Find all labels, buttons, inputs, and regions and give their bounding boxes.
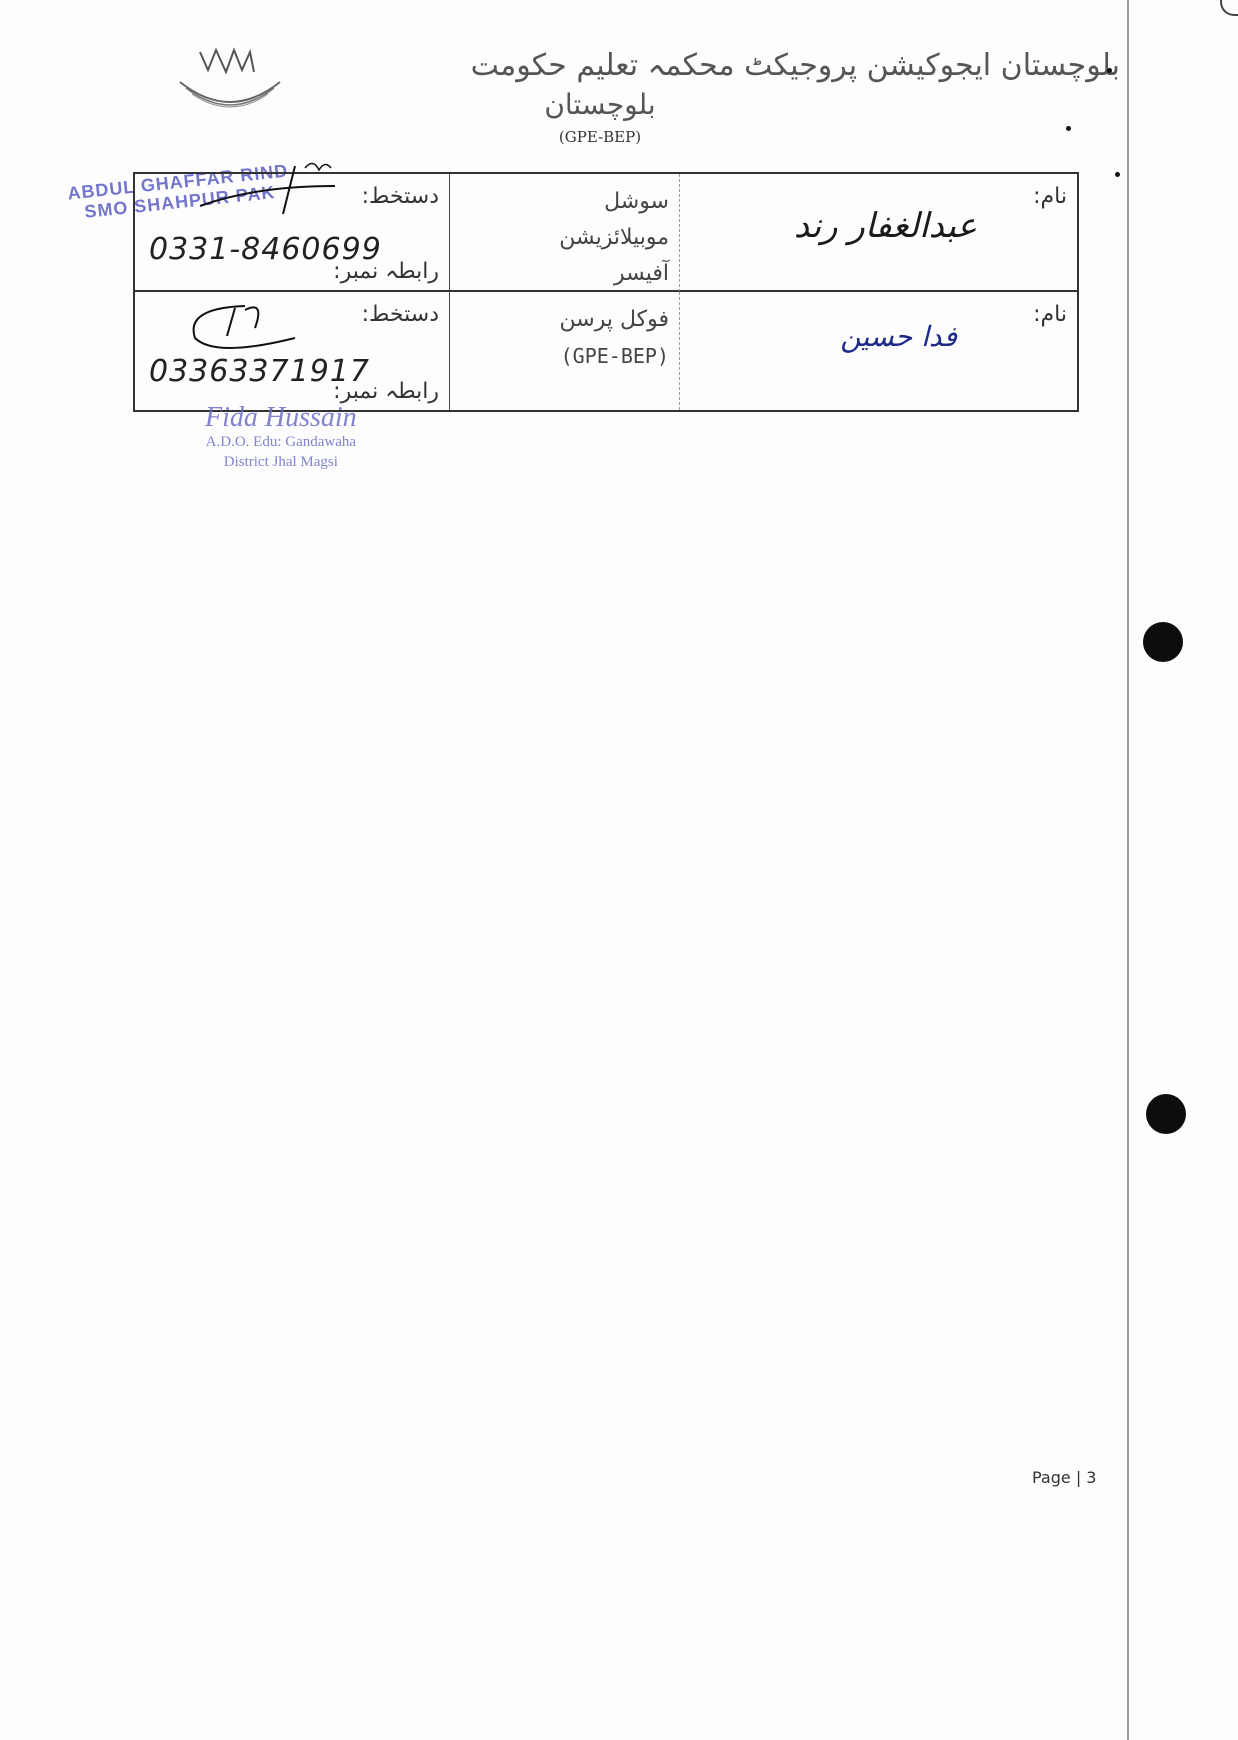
name-cell: نام: عبدالغفار رند — [680, 174, 1077, 292]
signature-mark — [195, 156, 345, 216]
punch-hole — [1146, 1094, 1186, 1134]
stamp-line: District Jhal Magsi — [205, 452, 357, 472]
scan-speck — [1115, 172, 1120, 177]
scan-speck — [1107, 68, 1112, 73]
punch-hole — [1143, 622, 1183, 662]
name-value: فدا حسین — [840, 320, 957, 353]
name-value: عبدالغفار رند — [794, 206, 977, 246]
role-line: موبیلائزیشن — [559, 220, 669, 256]
stamp-fida-hussain: Fida Hussain A.D.O. Edu: Gandawaha Distr… — [205, 404, 357, 472]
stamp-line: Fida Hussain — [205, 404, 357, 432]
contact-label: رابطہ نمبر: — [333, 259, 439, 284]
signature-cell: دستخط: 03363371917 رابطہ نمبر: — [135, 292, 450, 410]
signature-mark — [175, 298, 325, 358]
page-corner-curl — [1220, 0, 1238, 16]
contact-table: دستخط: 0331-8460699 رابطہ نمبر: سوشل موب… — [133, 172, 1079, 412]
scan-speck — [1066, 126, 1071, 131]
role-cell: فوکل پرسن (GPE-BEP) — [450, 292, 680, 410]
role-cell: سوشل موبیلائزیشن آفیسر — [450, 174, 680, 292]
program-code: (GPE-BEP) — [500, 128, 700, 146]
header-title-line2: بلوچستان — [400, 88, 800, 121]
signature-label: دستخط: — [362, 184, 439, 209]
signature-cell: دستخط: 0331-8460699 رابطہ نمبر: — [135, 174, 450, 292]
role-code: (GPE-BEP) — [560, 338, 669, 374]
contact-label: رابطہ نمبر: — [333, 379, 439, 404]
name-label: نام: — [1033, 184, 1067, 209]
role-line: آفیسر — [559, 256, 669, 292]
role-line: سوشل — [559, 184, 669, 220]
page-edge — [1127, 0, 1129, 1740]
signature-label: دستخط: — [362, 302, 439, 327]
page-number: Page | 3 — [1032, 1468, 1096, 1487]
stamp-line: A.D.O. Edu: Gandawaha — [205, 432, 357, 452]
header-title-line1: بلوچستان ایجوکیشن پروجیکٹ محکمہ تعلیم حک… — [110, 48, 1120, 83]
role-line: فوکل پرسن — [560, 302, 669, 338]
name-label: نام: — [1033, 302, 1067, 327]
name-cell: نام: فدا حسین — [680, 292, 1077, 410]
